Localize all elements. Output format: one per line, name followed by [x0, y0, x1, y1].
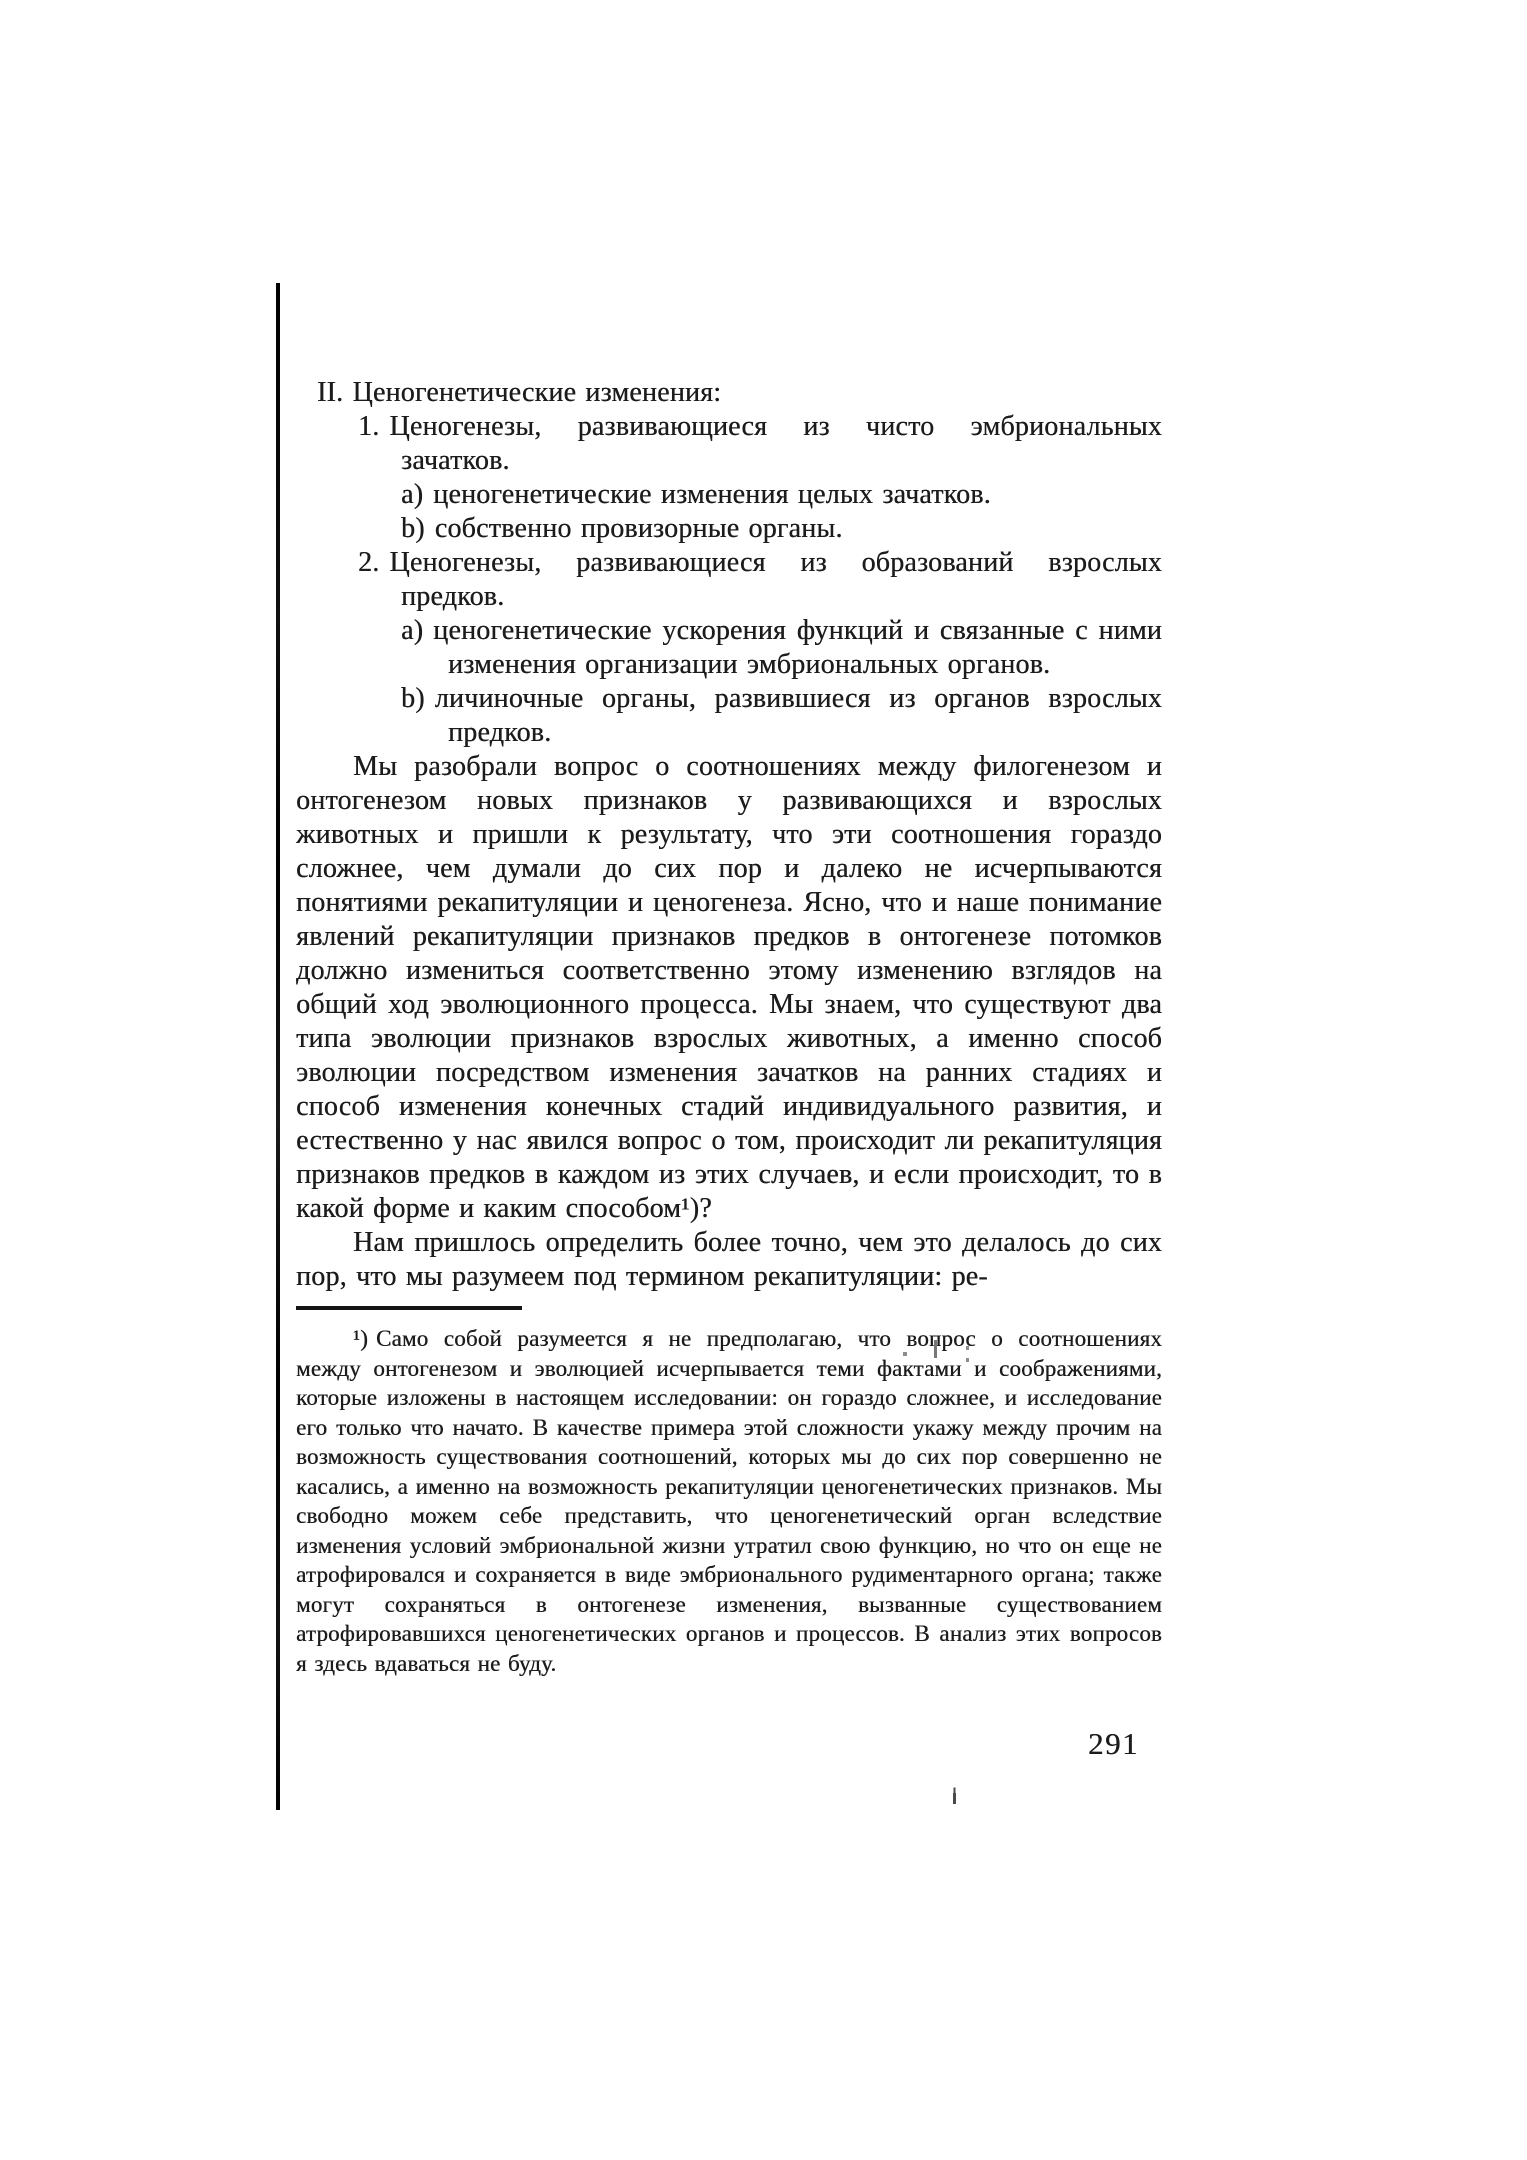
outline-marker: 1.: [358, 411, 379, 442]
outline-marker: a): [401, 615, 423, 646]
footnote-text: Само собой разумеется я не предполагаю, …: [296, 1326, 1162, 1676]
outline-marker: a): [401, 479, 423, 510]
outline-item-1a: a)ценогенетические изменения целых зачат…: [296, 478, 1162, 512]
scan-artifact-gutter-line: [276, 283, 280, 1810]
outline-text: собственно провизорные органы.: [435, 513, 843, 544]
page-number: 291: [1088, 1726, 1139, 1762]
scan-artifact-mark: [953, 1793, 956, 1804]
scan-speck: [903, 1352, 907, 1356]
body-paragraph-2: Нам пришлось определить более точно, чем…: [296, 1226, 1162, 1294]
book-page: II. Ценогенетические изменения: 1.Ценоге…: [0, 0, 1527, 2160]
text-block: II. Ценогенетические изменения: 1.Ценоге…: [296, 376, 1162, 1678]
outline-marker: b): [401, 683, 425, 714]
scan-speck: [966, 1358, 969, 1362]
outline-item-1b: b)собственно провизорные органы.: [296, 512, 1162, 546]
outline-item-2a: a)ценогенетические ускорения функций и с…: [296, 614, 1162, 682]
outline-text: Ценогенезы, развивающиеся из чисто эмбри…: [389, 411, 1162, 476]
outline-text: личиночные органы, развившиеся из органо…: [435, 683, 1162, 748]
outline-text: ценогенетические изменения целых зачатко…: [433, 479, 991, 510]
footnote-separator-rule: [296, 1306, 522, 1310]
outline-marker: 2.: [358, 547, 379, 578]
outline-item-1: 1.Ценогенезы, развивающиеся из чисто эмб…: [296, 410, 1162, 478]
scan-speck: [934, 1340, 937, 1358]
outline-item-2b: b)личиночные органы, развившиеся из орга…: [296, 682, 1162, 750]
body-paragraph-1: Мы разобрали вопрос о соотношениях между…: [296, 750, 1162, 1226]
footnote: ¹)Само собой разумеется я не предполагаю…: [296, 1324, 1162, 1678]
classification-outline: II. Ценогенетические изменения: 1.Ценоге…: [296, 376, 1162, 750]
outline-text: Ценогенезы, развивающиеся из образований…: [389, 547, 1162, 612]
outline-marker: b): [401, 513, 425, 544]
outline-text: ценогенетические ускорения функций и свя…: [433, 615, 1162, 680]
outline-item-2: 2.Ценогенезы, развивающиеся из образован…: [296, 546, 1162, 614]
outline-heading: II. Ценогенетические изменения:: [296, 376, 1162, 410]
footnote-marker: ¹): [353, 1326, 368, 1351]
scan-speck: [966, 1346, 969, 1350]
